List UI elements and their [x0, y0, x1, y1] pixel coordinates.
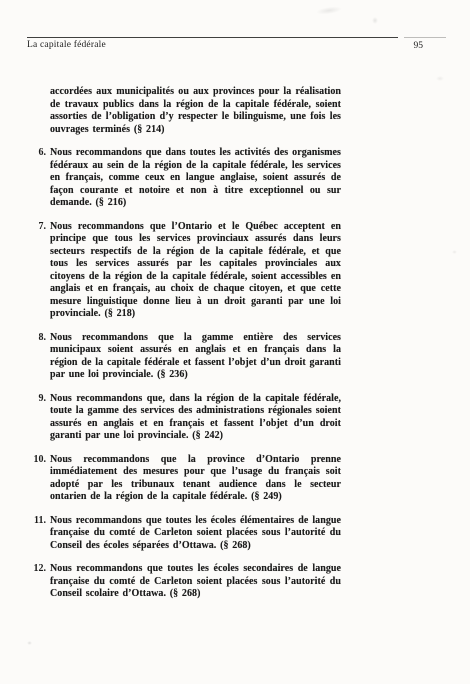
recommendation-item-8: 8. Nous recommandons que la gamme entièr… — [50, 332, 341, 382]
paragraph-continuation: accordées aux municipalités ou aux provi… — [50, 86, 341, 136]
item-text: Nous recommandons que toutes les écoles … — [50, 563, 341, 601]
item-text: Nous recommandons que la gamme entière d… — [50, 332, 341, 382]
scanned-book-page: La capitale fédérale 95 accordées aux mu… — [0, 0, 470, 684]
recommendation-item-9: 9. Nous recommandons que, dans la région… — [50, 393, 341, 443]
running-header-title: La capitale fédérale — [27, 40, 106, 50]
recommendation-item-6: 6. Nous recommandons que dans toutes les… — [50, 147, 341, 210]
recommendations-list: accordées aux municipalités ou aux provi… — [50, 86, 341, 601]
running-header-rule-fragment — [404, 37, 446, 38]
item-number: 10. — [28, 454, 46, 467]
item-text: Nous recommandons que dans toutes les ac… — [50, 147, 341, 210]
item-number: 12. — [28, 563, 46, 576]
scan-smudge — [316, 5, 343, 16]
item-number: 6. — [28, 147, 46, 160]
item-text: Nous recommandons que l’Ontario et le Qu… — [50, 221, 341, 321]
item-number: 8. — [28, 332, 46, 345]
recommendation-item-11: 11. Nous recommandons que toutes les éco… — [50, 515, 341, 553]
recommendation-item-7: 7. Nous recommandons que l’Ontario et le… — [50, 221, 341, 321]
item-text: Nous recommandons que la province d’Onta… — [50, 454, 341, 504]
item-number: 11. — [28, 515, 46, 528]
page-number: 95 — [414, 41, 424, 51]
item-text: accordées aux municipalités ou aux provi… — [50, 86, 341, 136]
running-header-rule — [27, 37, 398, 38]
item-number: 7. — [28, 221, 46, 234]
recommendation-item-12: 12. Nous recommandons que toutes les éco… — [50, 563, 341, 601]
item-text: Nous recommandons que, dans la région de… — [50, 393, 341, 443]
recommendation-item-10: 10. Nous recommandons que la province d’… — [50, 454, 341, 504]
scan-smudge — [436, 76, 444, 81]
item-text: Nous recommandons que toutes les écoles … — [50, 515, 341, 553]
scan-smudge — [372, 17, 378, 24]
scan-smudge — [27, 641, 32, 645]
item-number: 9. — [28, 393, 46, 406]
scan-smudge — [452, 250, 457, 254]
